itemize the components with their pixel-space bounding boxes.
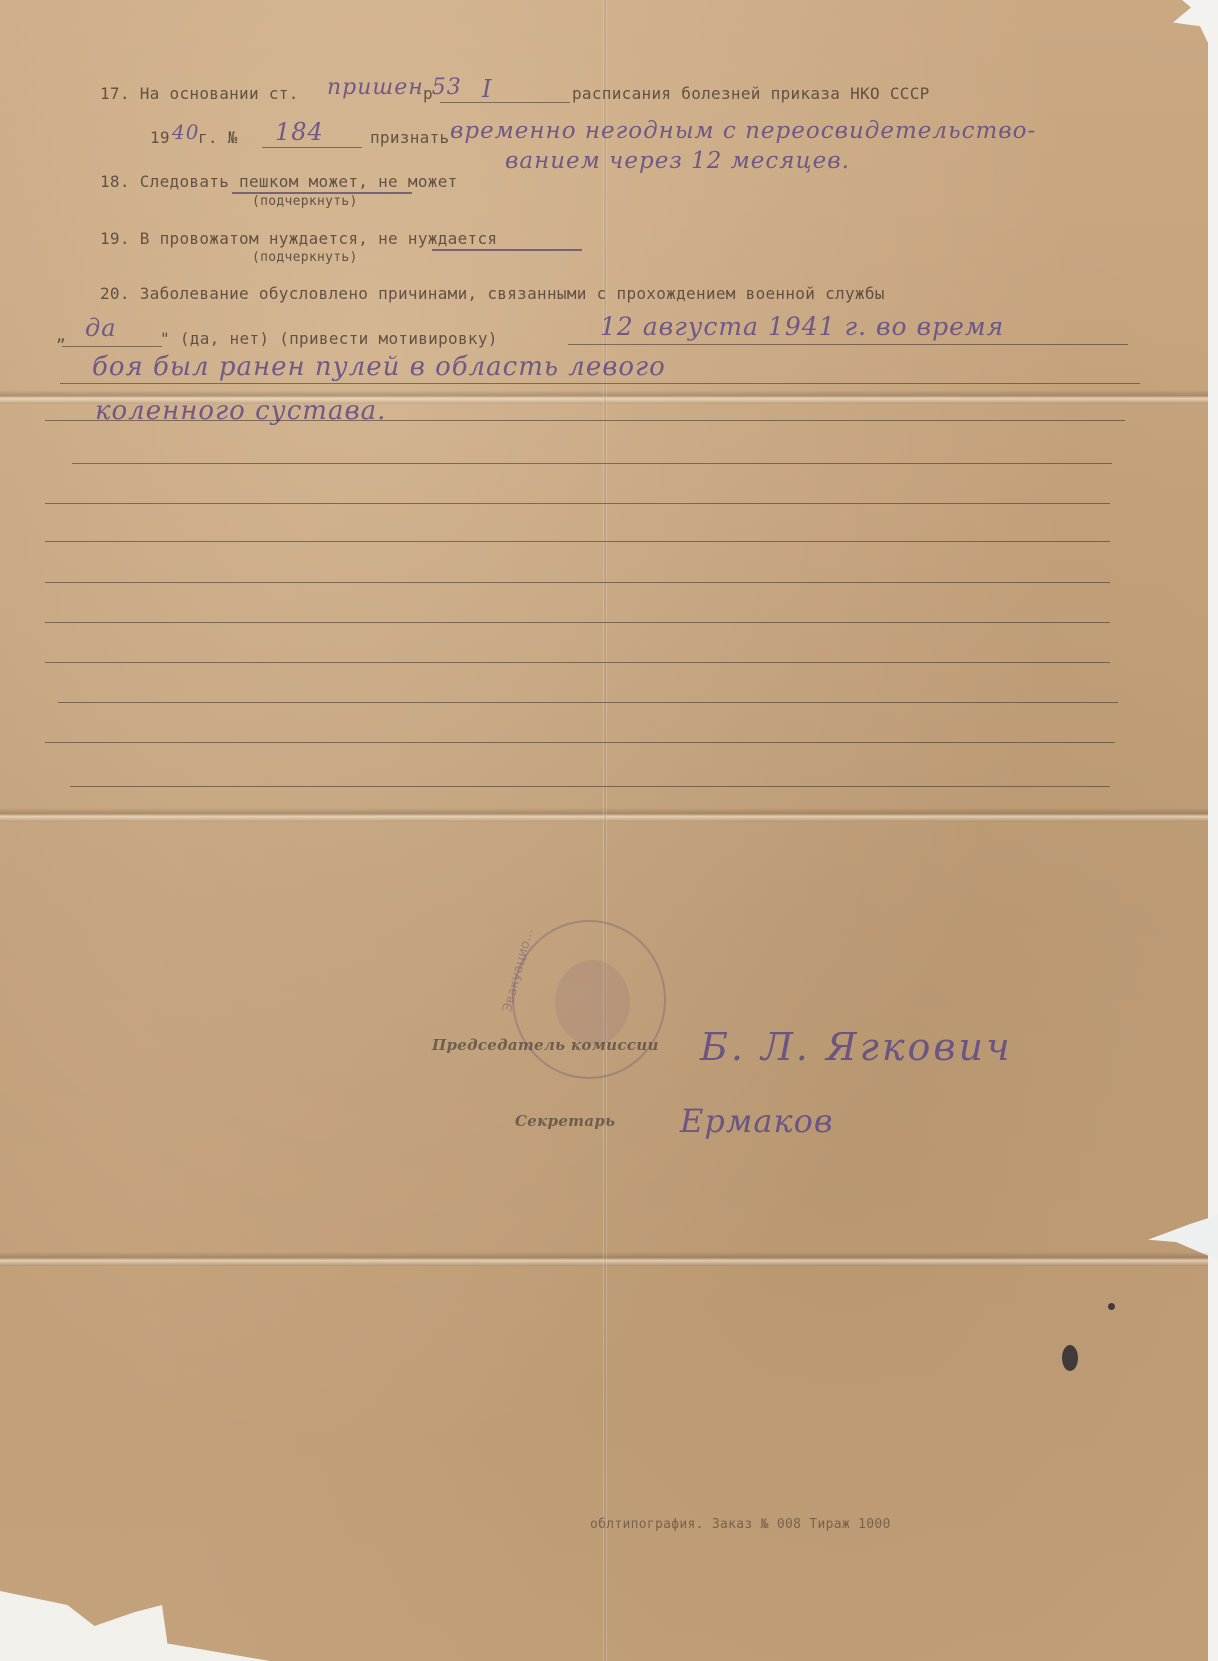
secretary-signature: Ермаков (680, 1102, 833, 1140)
item20-answer: да (85, 314, 117, 342)
item17-p-value: I (482, 75, 492, 103)
item17-order-number: 184 (275, 118, 324, 146)
item18-text: 18. Следовать пешком может, не может (100, 172, 458, 191)
blank-rule (70, 786, 1110, 787)
blank-rule (72, 463, 1112, 464)
item17-suffix: расписания болезней приказа НКО СССР (572, 84, 930, 103)
item20-text: 20. Заболевание обусловлено причинами, с… (100, 284, 885, 303)
chairman-label: Председатель комиссии (432, 1036, 659, 1054)
item17-recognized: признать (370, 128, 449, 147)
item20-answer-rule (62, 346, 162, 347)
item17-verdict-line1: временно негодным с переосвидетельство- (450, 118, 1036, 144)
item20-rule-2 (60, 383, 1140, 384)
blank-rule (45, 662, 1110, 663)
blank-rule (45, 503, 1110, 504)
item17-verdict-line2: ванием через 12 месяцев. (505, 148, 850, 174)
footer-imprint: облтипография. Заказ № 008 Тираж 1000 (590, 1517, 891, 1532)
ink-blot (1108, 1303, 1115, 1310)
chairman-signature: Б. Л. Ягкович (700, 1025, 1013, 1069)
item19-note: (подчеркнуть) (252, 250, 358, 265)
blank-rule (45, 622, 1110, 623)
item17-p-label: р (423, 84, 433, 103)
blank-rule (45, 420, 1125, 421)
stamp-emblem (555, 960, 630, 1045)
ink-blot (1062, 1345, 1078, 1371)
item17-order-rule (262, 147, 362, 148)
item17-year: 40 (172, 120, 199, 144)
blank-rule (45, 742, 1115, 743)
item17-year-suffix: г. № (198, 128, 238, 147)
secretary-label: Секретарь (515, 1112, 615, 1130)
item19-text: 19. В провожатом нуждается, не нуждается (100, 229, 497, 248)
item20-rule-1 (568, 344, 1128, 345)
item20-motivation-line3: коленного сустава. (95, 396, 386, 426)
item20-quote-open: „ (56, 326, 66, 345)
item17-year-prefix: 19 (150, 128, 170, 147)
item18-note: (подчеркнуть) (252, 194, 358, 209)
item17-prefix: 17. На основании ст. (100, 84, 299, 103)
blank-rule (58, 702, 1118, 703)
fold-line-vertical (603, 0, 607, 1661)
item20-motivation-line2: боя был ранен пулей в область левого (92, 352, 666, 382)
item17-article: пришен 53 (327, 75, 462, 100)
item19-underline (432, 249, 582, 251)
item20-motivation-line1: 12 августа 1941 г. во время (600, 312, 1004, 341)
blank-rule (45, 541, 1110, 542)
blank-rule (45, 582, 1110, 583)
item20-options: " (да, нет) (привести мотивировку) (160, 329, 498, 348)
item17-p-rule (440, 102, 570, 103)
